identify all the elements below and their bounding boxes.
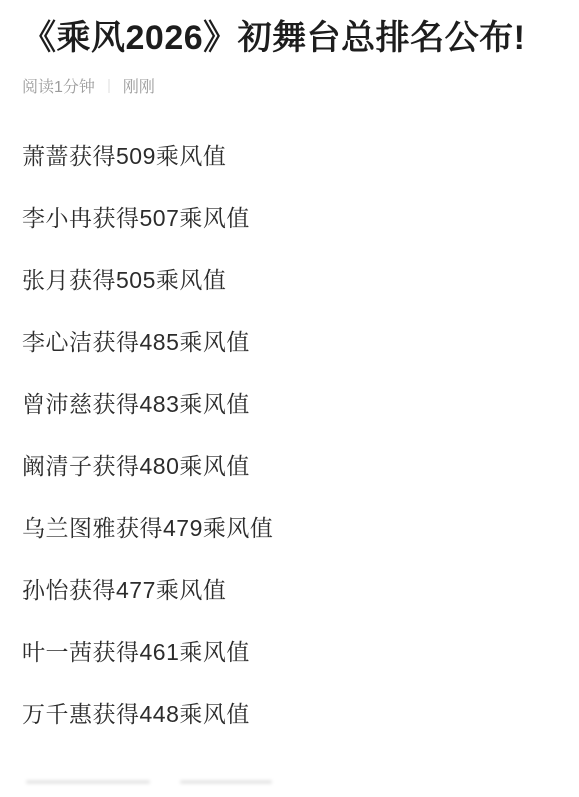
- ranking-line: 萧蔷获得509乘风值: [22, 141, 559, 171]
- article-title: 《乘风2026》初舞台总排名公布!: [22, 14, 559, 62]
- read-time-label: 阅读1分钟: [22, 74, 95, 97]
- ranking-line: 张月获得505乘风值: [22, 265, 559, 295]
- ranking-line: 阚清子获得480乘风值: [22, 451, 559, 481]
- article-page: 《乘风2026》初舞台总排名公布! 阅读1分钟 | 刚刚 萧蔷获得509乘风值李…: [0, 0, 579, 797]
- ranking-line: 李心洁获得485乘风值: [22, 327, 559, 357]
- ranking-line: 孙怡获得477乘风值: [22, 575, 559, 605]
- ranking-line: 李小冉获得507乘风值: [22, 203, 559, 233]
- clipped-text-smudge: [26, 780, 150, 784]
- ranking-line: 乌兰图雅获得479乘风值: [22, 513, 559, 543]
- meta-separator: |: [107, 77, 110, 94]
- clipped-next-line: [22, 780, 282, 786]
- clipped-text-smudge: [180, 780, 272, 784]
- article-meta: 阅读1分钟 | 刚刚: [22, 74, 559, 97]
- publish-time-label: 刚刚: [123, 74, 155, 97]
- ranking-line: 曾沛慈获得483乘风值: [22, 389, 559, 419]
- ranking-line: 叶一茜获得461乘风值: [22, 637, 559, 667]
- ranking-line: 万千惠获得448乘风值: [22, 699, 559, 729]
- article-body: 萧蔷获得509乘风值李小冉获得507乘风值张月获得505乘风值李心洁获得485乘…: [22, 141, 559, 729]
